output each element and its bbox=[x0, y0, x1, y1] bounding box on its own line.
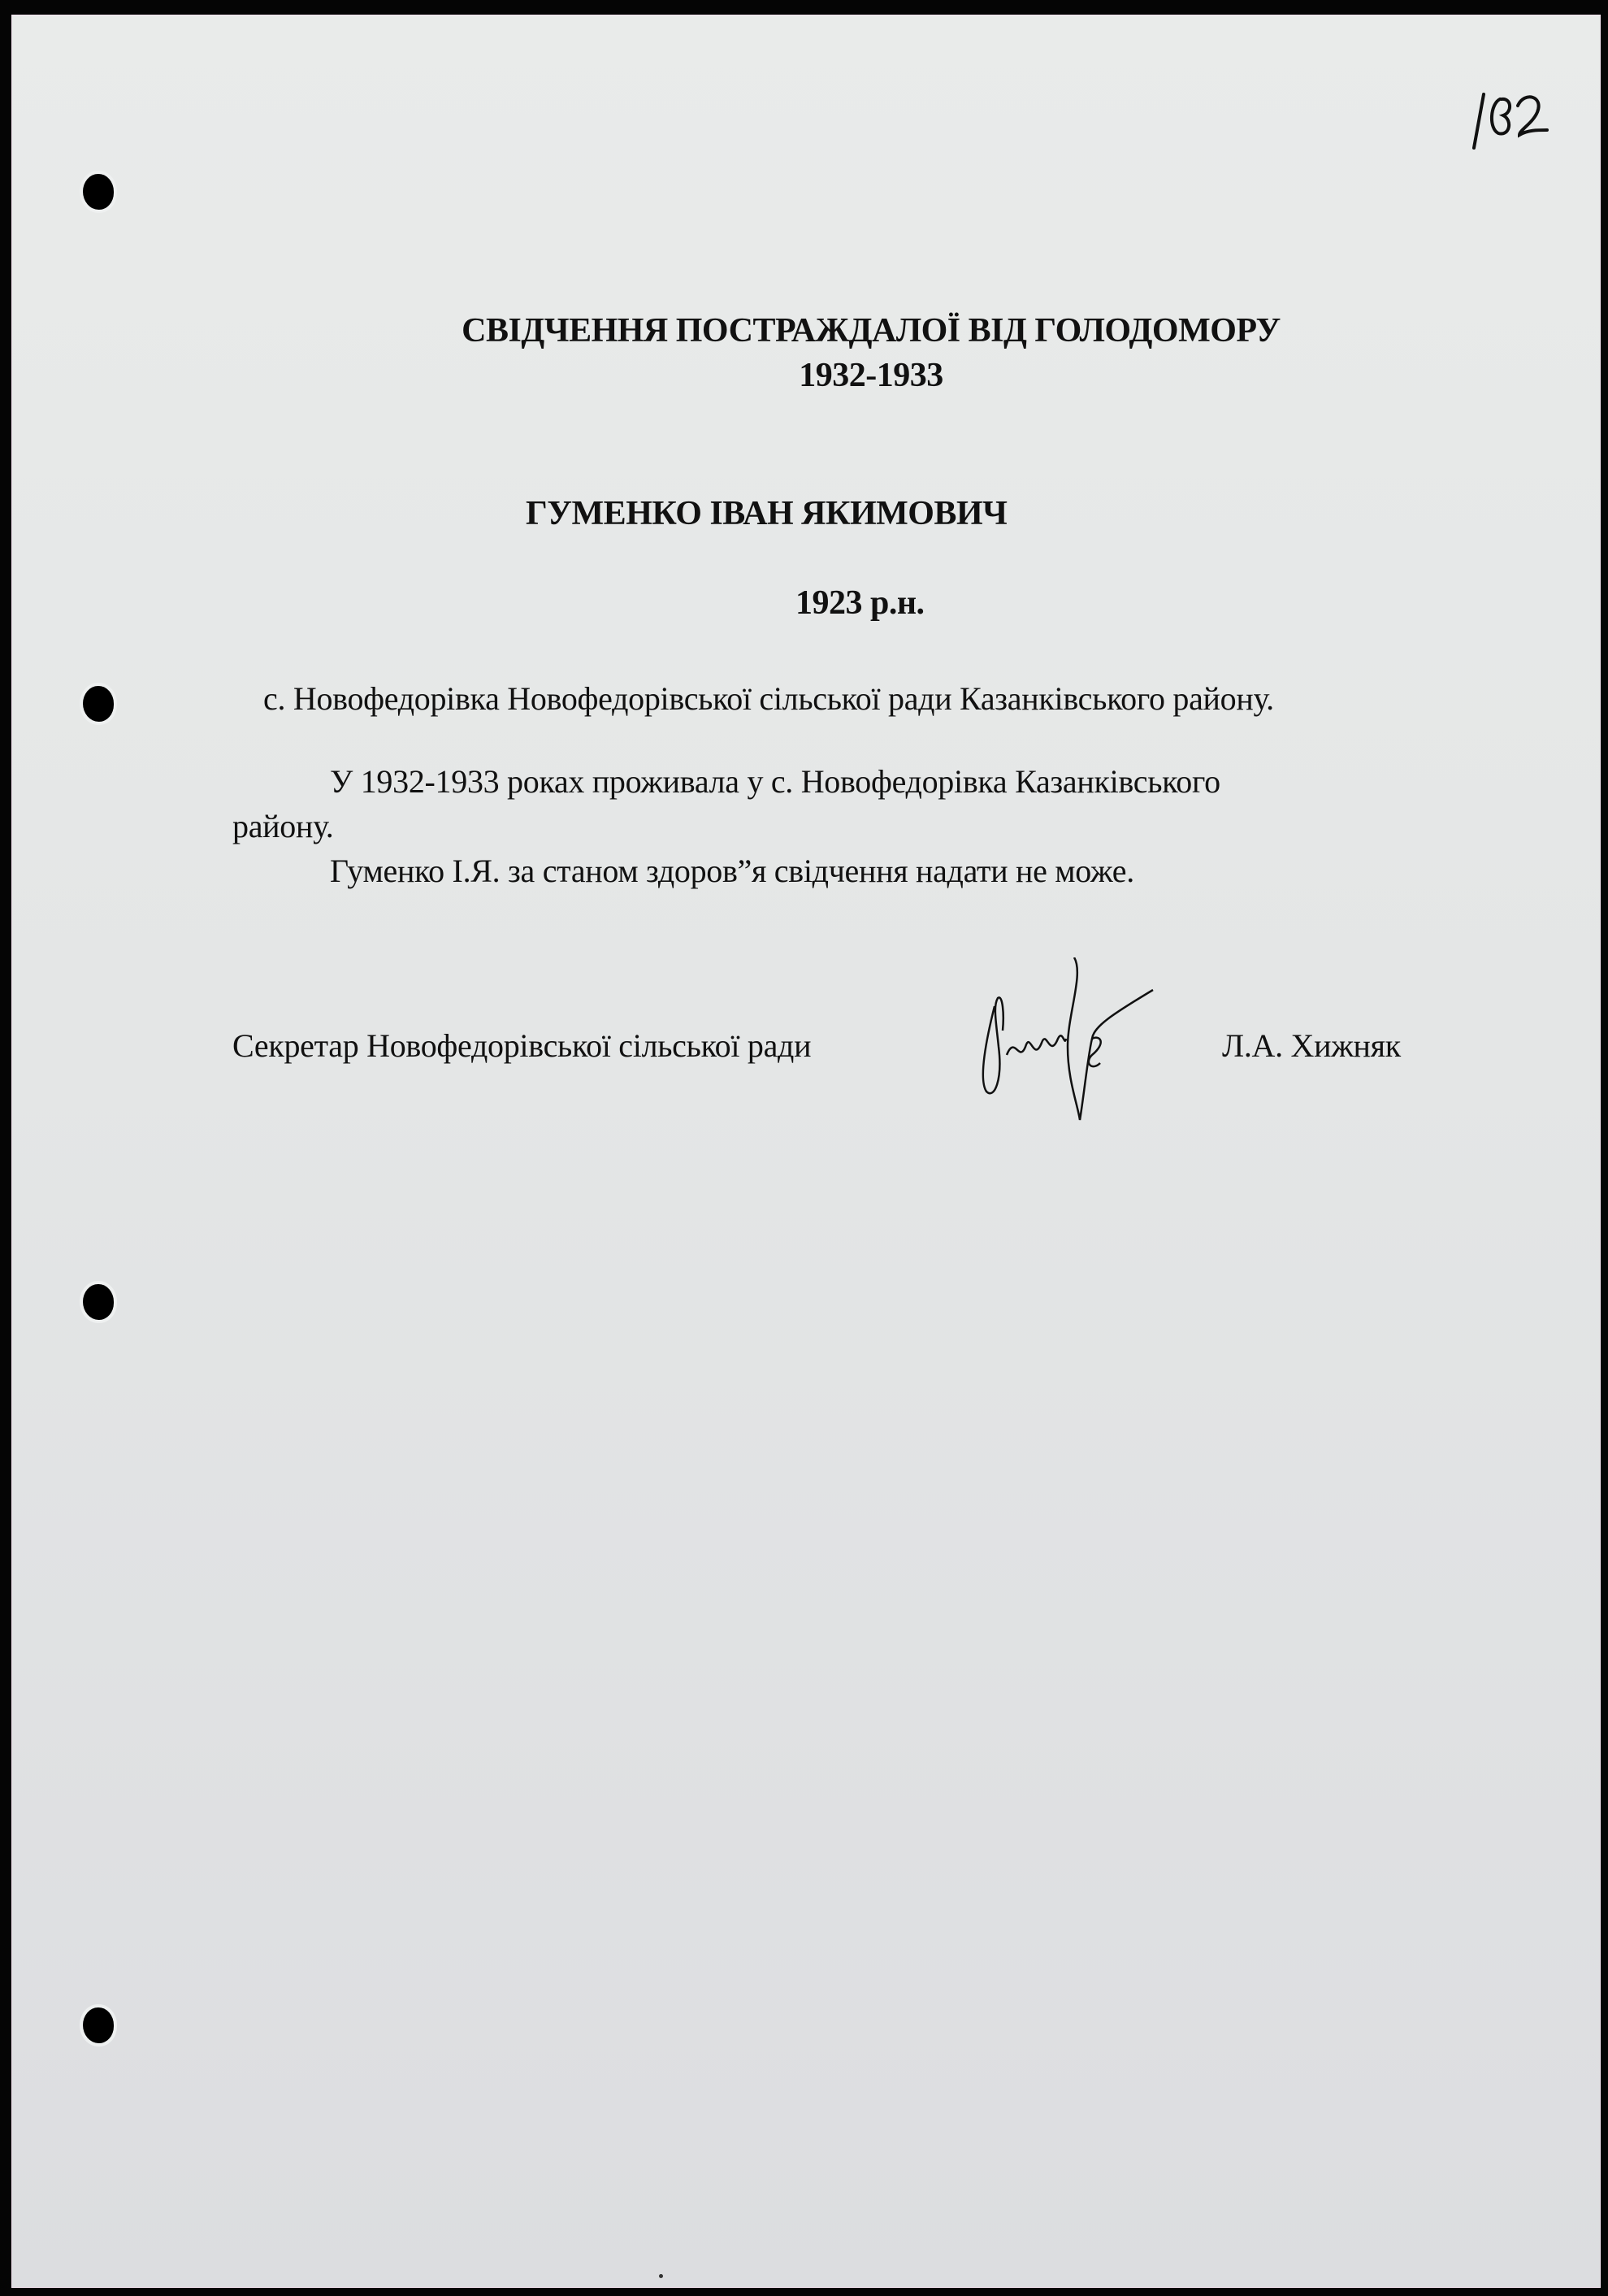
punch-hole bbox=[83, 2007, 114, 2043]
location-line: с. Новофедорівка Новофедорівської сільсь… bbox=[263, 679, 1274, 718]
paper-speck bbox=[659, 2274, 663, 2278]
punch-hole bbox=[83, 686, 114, 722]
punch-hole bbox=[83, 174, 114, 210]
health-statement: Гуменко І.Я. за станом здоров”я свідченн… bbox=[330, 852, 1134, 890]
document-title-years: 1932-1933 bbox=[11, 356, 1601, 395]
signatory-name: Л.А. Хижняк bbox=[1222, 1026, 1401, 1065]
person-name: ГУМЕНКО ІВАН ЯКИМОВИЧ bbox=[526, 494, 1007, 533]
birth-year: 1923 р.н. bbox=[795, 584, 925, 623]
handwritten-signature bbox=[970, 957, 1181, 1124]
archive-page-number-handwritten: 182 bbox=[1466, 80, 1563, 153]
residence-paragraph-line2: району. bbox=[232, 807, 333, 845]
punch-hole bbox=[83, 1284, 114, 1320]
residence-paragraph-line1: У 1932-1933 роках проживала у с. Новофед… bbox=[330, 762, 1220, 801]
signatory-title: Секретар Новофедорівської сільської ради bbox=[232, 1026, 811, 1065]
document-title: СВІДЧЕННЯ ПОСТРАЖДАЛОЇ ВІД ГОЛОДОМОРУ bbox=[11, 311, 1601, 350]
document-page: 182 СВІДЧЕННЯ ПОСТРАЖДАЛОЇ ВІД ГОЛОДОМОР… bbox=[11, 15, 1601, 2288]
